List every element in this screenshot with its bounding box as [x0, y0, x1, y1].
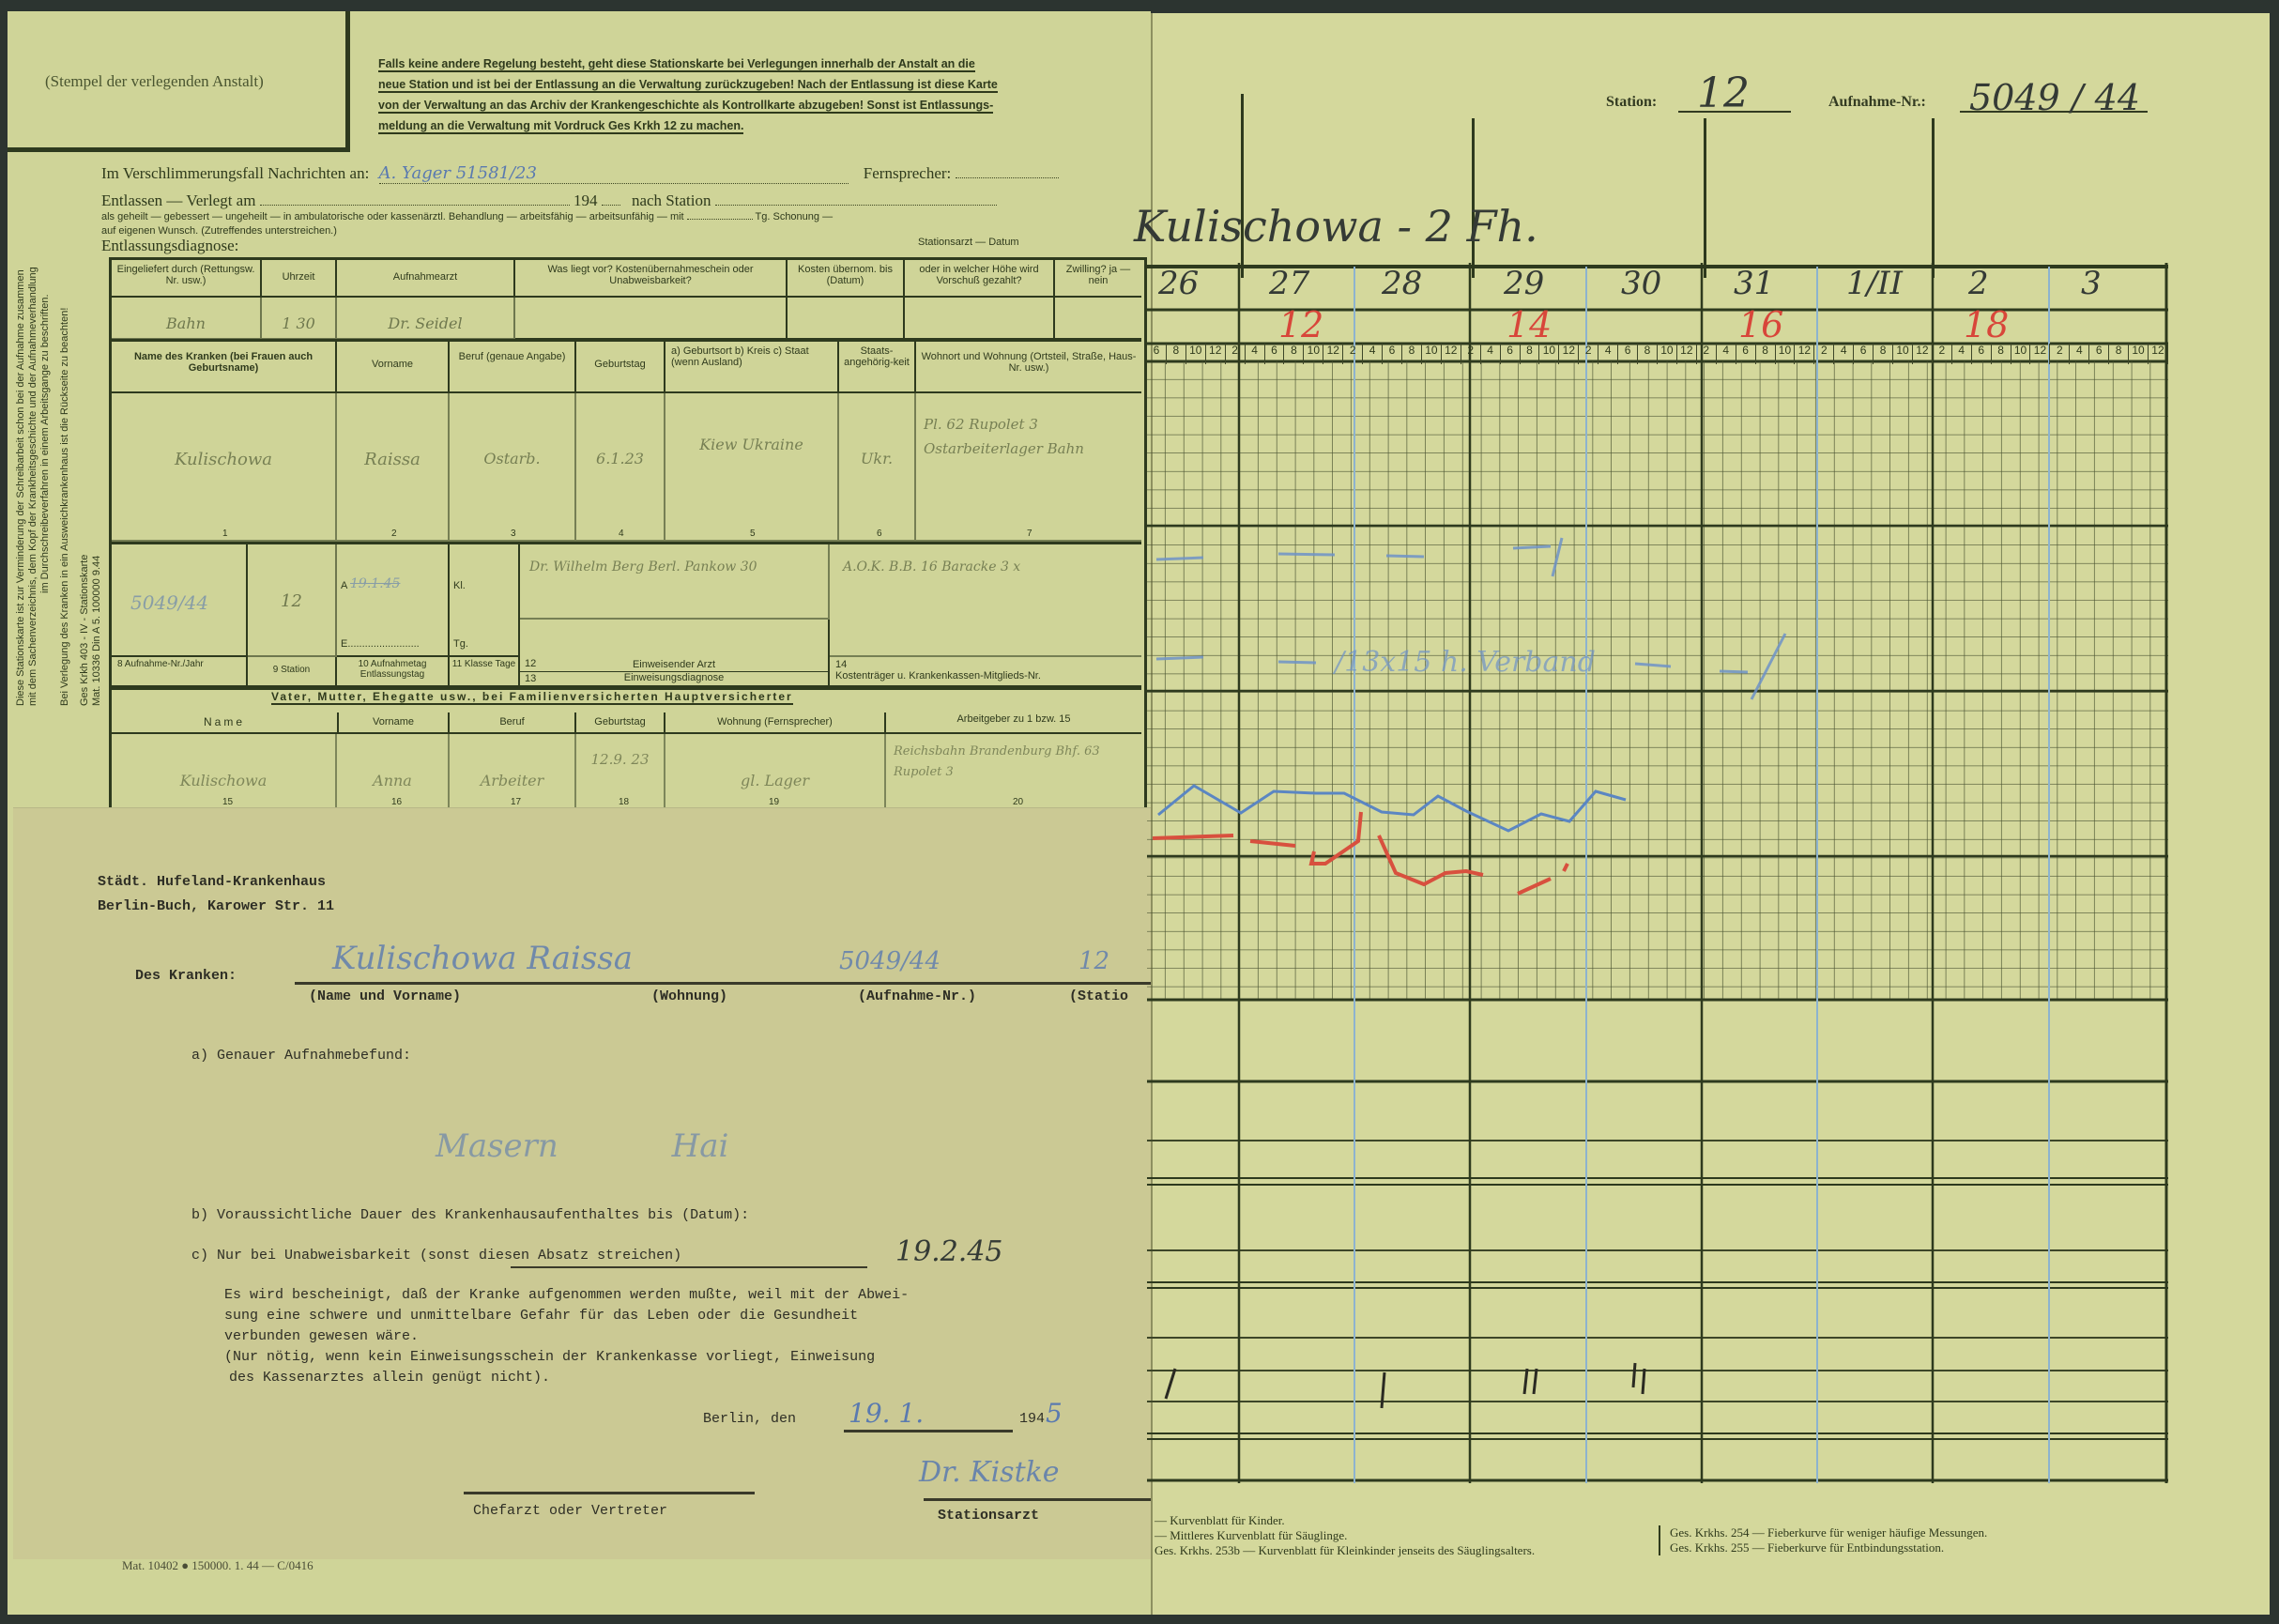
- hour-tick: 10: [2011, 344, 2031, 364]
- day-label: 26: [1158, 265, 1199, 302]
- label-einweisender-arzt: Einweisender Arzt: [520, 620, 830, 672]
- item-b-label: b) Voraussichtliche Dauer des Krankenhau…: [191, 1207, 749, 1223]
- header-vorname: Vorname: [337, 342, 450, 393]
- hour-tick: 12: [2149, 344, 2168, 364]
- patient-station-hand[interactable]: 12: [1078, 947, 1109, 975]
- hour-tick: 4: [1717, 344, 1736, 364]
- value-uhrzeit[interactable]: 1 30: [262, 298, 337, 340]
- certification-text: Es wird bescheinigt, daß der Kranke aufg…: [224, 1285, 1163, 1388]
- hour-tick: 10: [1893, 344, 1913, 364]
- hospital-address: Berlin-Buch, Karower Str. 11: [98, 898, 334, 914]
- to-station-field[interactable]: [715, 205, 997, 206]
- label-aufnahme-nr: 8 Aufnahme-Nr./Jahr: [112, 657, 248, 687]
- label-station: 9 Station: [248, 657, 337, 687]
- print-code: Mat. 10402 ● 150000. 1. 44 — C/0416: [122, 1558, 314, 1573]
- illness-day: 14: [1507, 304, 1552, 345]
- day-label: 2: [1968, 265, 1989, 302]
- hour-tick: 2: [1226, 344, 1246, 364]
- notice-text: Falls keine andere Regelung besteht, geh…: [378, 54, 1129, 136]
- hour-tick: 10: [1776, 344, 1796, 364]
- station-label: Station:: [1606, 94, 1657, 111]
- header-kosten-schein: Was liegt vor? Kostenübernahmeschein ode…: [515, 260, 788, 298]
- signature: Dr. Kistke: [919, 1456, 1060, 1489]
- discharge-diagnosis-label: Entlassungsdiagnose:: [101, 237, 238, 255]
- chief-label: Chefarzt oder Vertreter: [473, 1503, 667, 1519]
- header-hv-vorname: Vorname: [337, 712, 450, 734]
- hour-tick: 8: [1167, 344, 1186, 364]
- value-zwilling[interactable]: [1055, 298, 1141, 340]
- day-label: 27: [1269, 265, 1309, 302]
- hour-tick: 12: [1323, 344, 1343, 364]
- patient-name-hand[interactable]: Kulischowa Raissa: [332, 940, 633, 977]
- hour-tick: 8: [1284, 344, 1304, 364]
- day-label: 29: [1504, 265, 1544, 302]
- item-c-value[interactable]: 19.2.45: [895, 1235, 1003, 1268]
- header-uhrzeit: Uhrzeit: [262, 260, 337, 298]
- header-staat: Staats-angehörig-keit: [839, 342, 916, 393]
- hour-tick: 8: [1638, 344, 1658, 364]
- hour-tick: 6: [1972, 344, 1992, 364]
- hour-tick: 12: [1913, 344, 1933, 364]
- hour-tick: 10: [1539, 344, 1559, 364]
- station-doctor-date-label: Stationsarzt — Datum: [918, 237, 1019, 248]
- header-wohnort: Wohnort und Wohnung (Ortsteil, Straße, H…: [916, 342, 1141, 393]
- hour-tick: 4: [1598, 344, 1618, 364]
- value-klasse[interactable]: Kl. Tg.: [450, 544, 520, 657]
- item-a-value[interactable]: Masern Hai: [436, 1127, 728, 1165]
- hour-tick: 2: [1579, 344, 1598, 364]
- value-name[interactable]: Kulischowa: [112, 393, 337, 542]
- patient-handwriting: Kulischowa - 2 Fh.: [1134, 201, 1538, 252]
- discharge-date-field[interactable]: [260, 205, 570, 206]
- hour-tick: 4: [1834, 344, 1854, 364]
- patient-line: [295, 982, 1154, 985]
- header-zwilling: Zwilling? ja — nein: [1055, 260, 1141, 298]
- admission-value[interactable]: 5049 / 44: [1969, 77, 2140, 118]
- hour-tick: 8: [1402, 344, 1422, 364]
- year-suffix[interactable]: 5: [1046, 1398, 1063, 1429]
- header-hv-name: Name: [112, 706, 337, 734]
- hour-tick: 12: [1795, 344, 1814, 364]
- hour-ticks: 6810122468101224681012246810122468101224…: [1147, 344, 2168, 364]
- hour-tick: 10: [1304, 344, 1323, 364]
- illness-day: 18: [1964, 304, 2009, 345]
- value-vorname[interactable]: Raissa: [337, 393, 450, 542]
- hour-tick: 12: [1206, 344, 1226, 364]
- hour-tick: 6: [1501, 344, 1521, 364]
- hour-tick: 10: [1422, 344, 1442, 364]
- hour-tick: 6: [1854, 344, 1874, 364]
- value-wohnort[interactable]: Pl. 62 Rupolet 3 Ostarbeiterlager Bahn: [916, 393, 1141, 542]
- hour-tick: 6: [1736, 344, 1756, 364]
- hour-tick: 10: [1186, 344, 1206, 364]
- hour-tick: 4: [2070, 344, 2089, 364]
- value-eingeliefert[interactable]: Bahn: [112, 298, 262, 340]
- discharge-row: Entlassen — Verlegt am 194 nach Station: [101, 192, 997, 210]
- hour-tick: 2: [1814, 344, 1834, 364]
- item-a-label: a) Genauer Aufnahmebefund:: [191, 1048, 411, 1064]
- label-aufnahmetag: 10 Aufnahmetag Entlassungstag: [337, 657, 450, 687]
- header-kosten-bis: Kosten übernom. bis (Datum): [788, 260, 905, 298]
- place-date-label: Berlin, den: [703, 1411, 796, 1427]
- insured-title: Vater, Mutter, Ehegatte usw., bei Famili…: [271, 690, 793, 705]
- hour-tick: 12: [2030, 344, 2050, 364]
- day-label: 30: [1621, 265, 1661, 302]
- header-hv-wohnung: Wohnung (Fernsprecher): [665, 712, 886, 734]
- day-label: 28: [1382, 265, 1422, 302]
- chart-note: /13x15 h. Verband: [1332, 646, 1596, 679]
- day-label: 1/II: [1846, 265, 1903, 302]
- value-aufnahmetag[interactable]: A 19.1.45 E.........................: [337, 544, 450, 657]
- footer-left: — Kurvenblatt für Kinder. — Mittleres Ku…: [1155, 1513, 1535, 1558]
- header-eingeliefert: Eingeliefert durch (Rettungsw. Nr. usw.): [112, 260, 262, 298]
- hour-tick: 2: [1697, 344, 1717, 364]
- value-aufnahme-nr[interactable]: 5049/44: [112, 544, 248, 657]
- label-einweisungsdiagnose: Einweisungsdiagnose: [520, 672, 830, 687]
- value-beruf[interactable]: Ostarb.: [450, 393, 576, 542]
- discharge-options: als geheilt — gebessert — ungeheilt — in…: [101, 211, 1143, 222]
- typed-admission-sheet: Städt. Hufeland-Krankenhaus Berlin-Buch,…: [13, 807, 1156, 1559]
- hour-tick: 6: [1265, 344, 1285, 364]
- value-aufnahmearzt[interactable]: Dr. Seidel: [337, 298, 515, 340]
- value-geburtstag[interactable]: 6.1.23: [576, 393, 665, 542]
- header-aufnahmearzt: Aufnahmearzt: [337, 260, 515, 298]
- hour-tick: 2: [1343, 344, 1363, 364]
- value-vorschuss[interactable]: [905, 298, 1055, 340]
- date-value[interactable]: 19. 1.: [849, 1398, 924, 1429]
- notify-row: Im Verschlimmerungsfall Nachrichten an: …: [101, 163, 1059, 184]
- header-hv-arbeitgeber: Arbeitgeber zu 1 bzw. 15: [886, 706, 1141, 734]
- illness-day: 16: [1738, 304, 1783, 345]
- value-station[interactable]: 12: [248, 544, 337, 657]
- hour-tick: 8: [1521, 344, 1540, 364]
- hour-tick: 6: [1618, 344, 1638, 364]
- value-geburtsort[interactable]: Kiew Ukraine: [665, 393, 839, 542]
- day-label: 3: [2081, 265, 2102, 302]
- item-c-label: c) Nur bei Unabweisbarkeit (sonst diesen…: [191, 1248, 681, 1264]
- station-doc-label: Stationsarzt: [938, 1508, 1039, 1524]
- day-label: 31: [1734, 265, 1774, 302]
- hour-tick: 12: [1559, 344, 1579, 364]
- hour-tick: 6: [1383, 344, 1402, 364]
- hour-tick: 2: [1461, 344, 1481, 364]
- hour-tick: 8: [2109, 344, 2129, 364]
- station-value[interactable]: 12: [1697, 69, 1750, 117]
- patient-nr-hand[interactable]: 5049/44: [839, 947, 941, 975]
- hour-tick: 4: [1952, 344, 1972, 364]
- phone-field[interactable]: [956, 177, 1059, 178]
- hour-tick: 2: [2050, 344, 2070, 364]
- patient-label: Des Kranken:: [135, 968, 237, 984]
- illness-day: 12: [1278, 304, 1323, 345]
- notify-value[interactable]: A. Yager 51581/23: [379, 163, 849, 184]
- hour-tick: 12: [1677, 344, 1697, 364]
- side-instructions: Diese Stationskarte ist zur Verminderung…: [15, 49, 103, 706]
- hour-tick: 6: [2089, 344, 2109, 364]
- admission-label: Aufnahme-Nr.:: [1828, 94, 1926, 111]
- value-einweisender-arzt[interactable]: Dr. Wilhelm Berg Berl. Pankow 30: [520, 544, 830, 620]
- value-staat[interactable]: Ukr.: [839, 393, 916, 542]
- hour-tick: 4: [1363, 344, 1383, 364]
- value-kosten-bis[interactable]: [788, 298, 905, 340]
- label-kostentraeger: Kostenträger u. Krankenkassen-Mitglieds-…: [830, 657, 1141, 687]
- header-beruf: Beruf (genaue Angabe): [450, 342, 576, 393]
- hospital-name: Städt. Hufeland-Krankenhaus: [98, 874, 326, 890]
- hour-tick: 12: [1442, 344, 1461, 364]
- value-kostentraeger[interactable]: A.O.K. B.B. 16 Baracke 3 x: [830, 544, 1141, 657]
- hour-tick: 8: [1992, 344, 2011, 364]
- hour-tick: 4: [1246, 344, 1265, 364]
- fever-chart-grid: /13x15 h. Verband: [1147, 263, 2170, 1483]
- fever-chart: /13x15 h. Verband 26 27 28 29 30 31 1/II…: [1147, 263, 2170, 1483]
- header-name: Name des Kranken (bei Frauen auch Geburt…: [112, 342, 337, 393]
- admission-form-table: Eingeliefert durch (Rettungsw. Nr. usw.)…: [109, 257, 1147, 817]
- hour-tick: 8: [1874, 344, 1893, 364]
- value-kosten-schein[interactable]: [515, 298, 788, 340]
- hour-tick: 10: [2129, 344, 2149, 364]
- header-vorschuss: oder in welcher Höhe wird Vorschuß gezah…: [905, 260, 1055, 298]
- footer-right: Ges. Krkhs. 254 — Fieberkurve für wenige…: [1659, 1525, 1987, 1555]
- hour-tick: 2: [1933, 344, 1952, 364]
- hour-tick: 10: [1658, 344, 1677, 364]
- hour-tick: 8: [1756, 344, 1776, 364]
- hour-tick: 4: [1481, 344, 1501, 364]
- label-klasse: 11 Klasse Tage: [450, 657, 520, 687]
- hour-tick: 6: [1147, 344, 1167, 364]
- header-hv-geburtstag: Geburtstag: [576, 712, 665, 734]
- header-hv-beruf: Beruf: [450, 712, 576, 734]
- own-wish-text: auf eigenen Wunsch. (Zutreffendes unters…: [101, 225, 337, 237]
- header-geburtsort: a) Geburtsort b) Kreis c) Staat (wenn Au…: [665, 342, 839, 393]
- header-geburtstag: Geburtstag: [576, 342, 665, 393]
